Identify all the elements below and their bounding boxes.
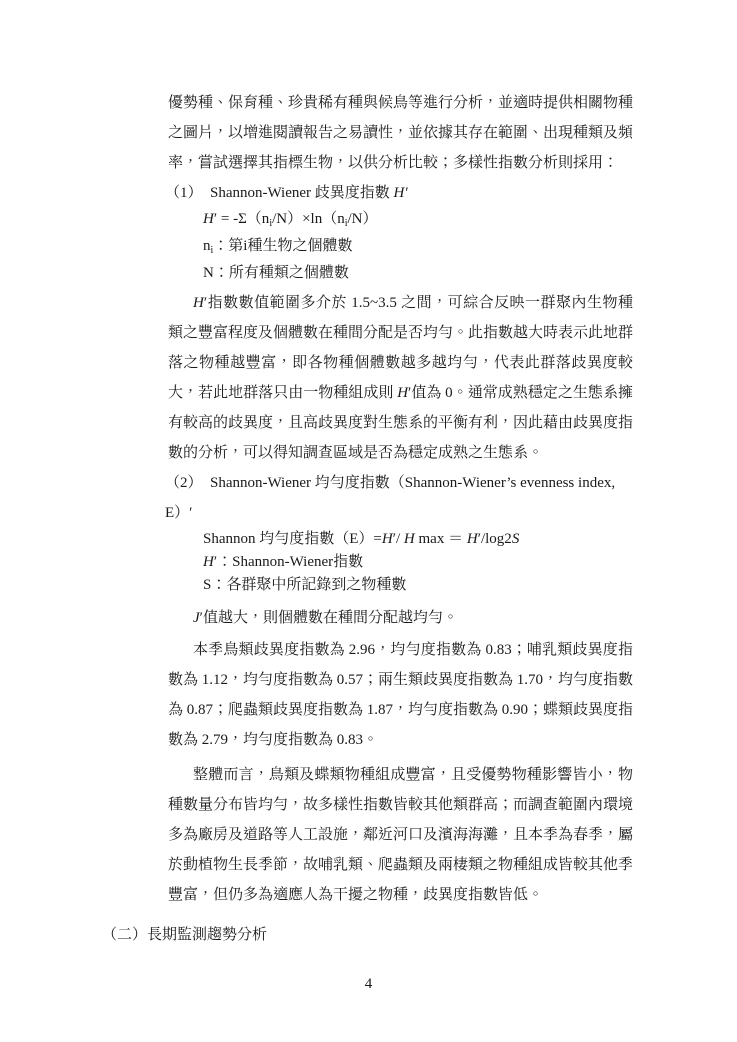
page-content: 優勢種、保育種、珍貴稀有種與候鳥等進行分析，並適時提供相關物種之圖片，以增進閱讀…: [168, 88, 633, 950]
definition-s: S：各群聚中所記錄到之物種數: [203, 574, 633, 597]
formula-shannon-evenness: Shannon 均勻度指數（E）=H′/ H max ＝ H′/log2S: [203, 528, 633, 551]
definition-n-total: N：所有種類之個體數: [203, 262, 633, 284]
definition-ni: ni：第i種生物之個體數: [203, 235, 633, 262]
paragraph-intro: 優勢種、保育種、珍貴稀有種與候鳥等進行分析，並適時提供相關物種之圖片，以增進閱讀…: [168, 88, 633, 178]
paragraph-seasonal-indices: 本季鳥類歧異度指數為 2.96，均勻度指數為 0.83；哺乳類歧異度指數為 1.…: [168, 635, 633, 755]
definition-h-prime: H′：Shannon-Wiener指數: [203, 551, 633, 574]
list-item-1-heading: （1） Shannon-Wiener 歧異度指數 H′: [165, 178, 633, 208]
evenness-formula-block: Shannon 均勻度指數（E）=H′/ H max ＝ H′/log2S H′…: [203, 528, 633, 597]
formula-shannon-diversity: H′ = -Σ（ni/N）×ln（ni/N）: [203, 208, 633, 235]
page-number: 4: [0, 975, 737, 993]
document-page: 優勢種、保育種、珍貴稀有種與候鳥等進行分析，並適時提供相關物種之圖片，以增進閱讀…: [0, 0, 737, 1042]
list-item-2-heading-continuation: E）′: [165, 498, 633, 528]
diversity-formula-block: H′ = -Σ（ni/N）×ln（ni/N） ni：第i種生物之個體數 N：所有…: [203, 208, 633, 284]
paragraph-overall-summary: 整體而言，鳥類及蝶類物種組成豐富，且受優勢物種影響皆小，物種數量分布皆均勻，故多…: [168, 760, 633, 910]
section-heading-long-term-monitoring: （二）長期監測趨勢分析: [102, 920, 633, 950]
paragraph-j-value: J′值越大，則個體數在種間分配越均勻。: [168, 603, 633, 633]
list-item-2-heading: （2） Shannon-Wiener 均勻度指數（Shannon-Wiener’…: [165, 468, 633, 498]
paragraph-h-index-explanation: H′指數數值範圍多介於 1.5~3.5 之間，可綜合反映一群聚內生物種類之豐富程…: [168, 288, 633, 468]
